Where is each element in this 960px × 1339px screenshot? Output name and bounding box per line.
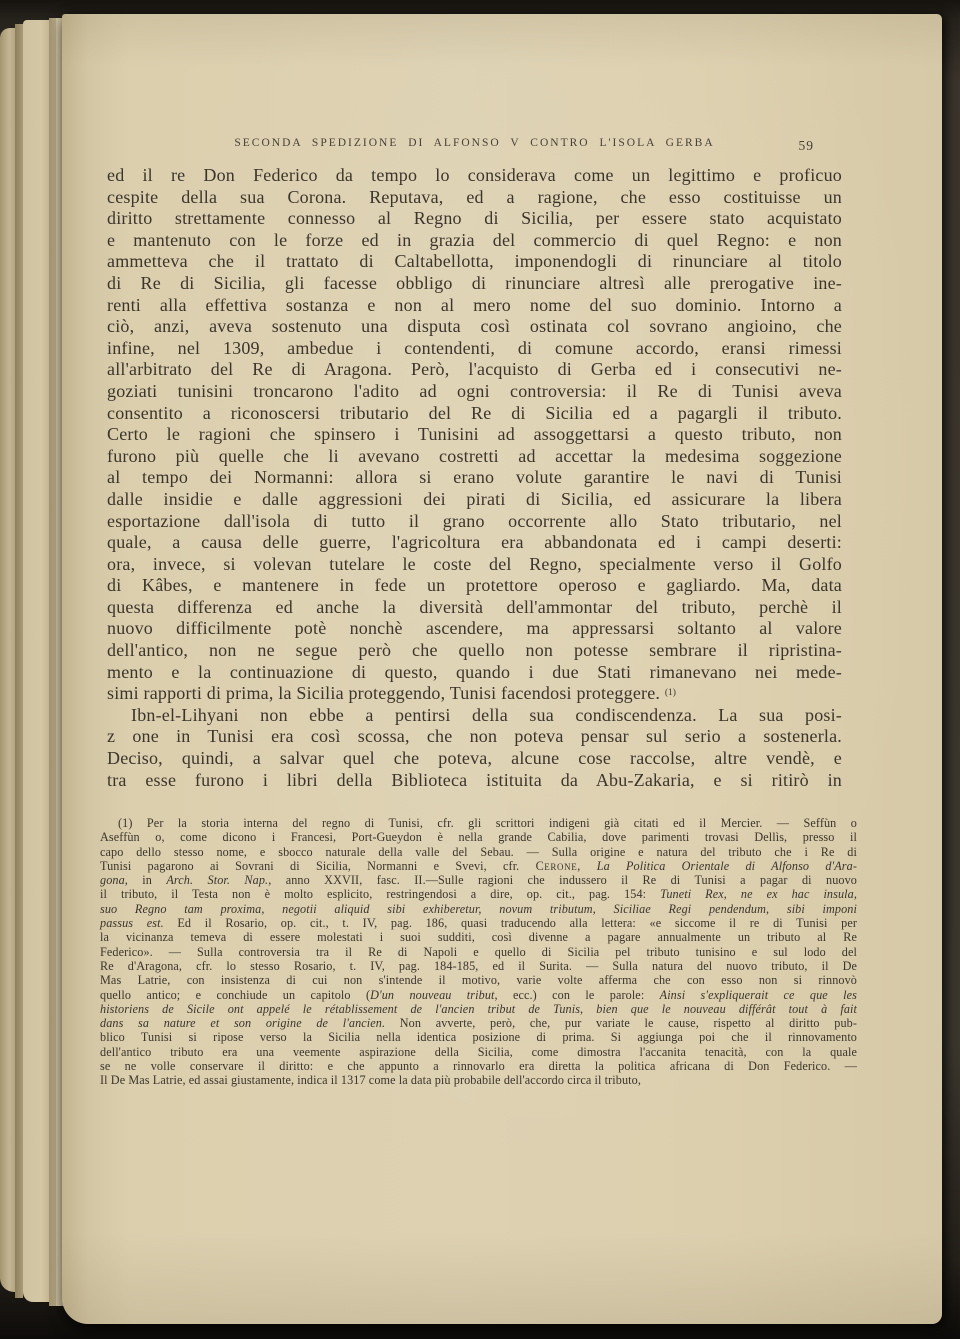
text-line: e mantenuto con le forze ed in grazia de… xyxy=(107,230,842,252)
text-line: nuovo difficilmente potè nonchè ascender… xyxy=(107,618,842,640)
text-segment: La Politica Orientale di Alfonso d'Ara- xyxy=(597,859,857,873)
text-line: suo Regno tam proxima, negotii aliquid s… xyxy=(100,902,857,916)
text-segment: (1) xyxy=(665,688,676,698)
text-line: dalle insidie e dalle aggressioni dei pi… xyxy=(107,489,842,511)
text-line: Tunisi pagarono ai Sovrani di Sicilia, N… xyxy=(100,859,857,873)
text-segment: Non avverte, però, che, pur variate le c… xyxy=(385,1016,857,1030)
text-segment: dell'antico tributo era una veemente asp… xyxy=(100,1045,857,1059)
text-segment: suo Regno tam proxima, negotii aliquid s… xyxy=(100,902,857,916)
text-segment: Il De Mas Latrie, ed assai giustamente, … xyxy=(100,1073,641,1087)
page-edge-groove xyxy=(15,24,23,1298)
text-line: quello antico; e conchiude un capitolo (… xyxy=(100,988,857,1002)
text-line: questa differenza ed anche la diversità … xyxy=(107,597,842,619)
text-line: consentito a riconoscersi tributario del… xyxy=(107,403,842,425)
text-segment: Ainsi s'expliquerait ce que les xyxy=(660,988,857,1002)
text-line: ed il re Don Federico da tempo lo consid… xyxy=(107,165,842,187)
text-line: se ne volle conservare il diritto: e che… xyxy=(100,1059,857,1073)
text-line: Deciso, quindi, a salvar quel che poteva… xyxy=(107,748,842,770)
text-segment: passus est. xyxy=(100,916,164,930)
text-line: historiens de Sicile ont appelé le rétab… xyxy=(100,1002,857,1016)
text-segment: quale, a causa delle guerre, l'agricoltu… xyxy=(107,532,842,552)
text-segment: capo dello stesso nome, e sbocco natural… xyxy=(100,845,857,859)
text-segment: di Re di Sicilia, gli facesse obbligo di… xyxy=(107,273,842,293)
text-line: infine, nel 1309, ambedue i contendenti,… xyxy=(107,338,842,360)
text-segment: Certo le ragioni che spinsero i Tunisini… xyxy=(107,424,842,444)
text-line: passus est. Ed il Rosario, op. cit., t. … xyxy=(100,916,857,930)
text-line: ora, invece, si volevan tutelare le cost… xyxy=(107,554,842,576)
text-segment: D'un nouveau tribut xyxy=(370,988,494,1002)
text-line: dell'antico, non ne segue però che quell… xyxy=(107,640,842,662)
text-segment: se ne volle conservare il diritto: e che… xyxy=(100,1059,857,1073)
text-line: renti alla effettiva sostanza e non al m… xyxy=(107,295,842,317)
text-line: diritto strettamente connesso al Regno d… xyxy=(107,208,842,230)
text-segment: Ed il Rosario, op. cit., t. IV, pag. 186… xyxy=(164,916,857,930)
text-segment: ora, invece, si volevan tutelare le cost… xyxy=(107,554,842,574)
text-line: Federico». — Sulla controversia tra il R… xyxy=(100,945,857,959)
text-line: dell'antico tributo era una veemente asp… xyxy=(100,1045,857,1059)
text-segment: Arch. Stor. Nap. xyxy=(166,873,268,887)
text-segment: ciò, anzi, aveva sostenuto una disputa c… xyxy=(107,316,842,336)
text-segment: in xyxy=(128,873,166,887)
text-segment: Re d'Aragona, cfr. lo stesso Rosario, t.… xyxy=(100,959,857,973)
footnote: (1) Per la storia interna del regno di T… xyxy=(100,816,857,1088)
text-segment: , anno XXVII, fasc. II.—Sulle ragioni ch… xyxy=(268,873,857,887)
page-edge-strip xyxy=(23,20,49,1302)
text-segment: mento e la continuazione di questo, quan… xyxy=(107,662,842,682)
text-segment: Tuneti Rex, ne ex hac insula, xyxy=(660,887,857,901)
text-segment: e mantenuto con le forze ed in grazia de… xyxy=(107,230,842,250)
text-segment: Deciso, quindi, a salvar quel che poteva… xyxy=(107,748,842,768)
text-segment: infine, nel 1309, ambedue i contendenti,… xyxy=(107,338,842,358)
text-line: Mas Latrie, con insistenza di cui non s'… xyxy=(100,973,857,987)
text-segment: renti alla effettiva sostanza e non al m… xyxy=(107,295,842,315)
text-line: furono più quelle che li avevano costret… xyxy=(107,446,842,468)
text-line: (1) Per la storia interna del regno di T… xyxy=(100,816,857,830)
text-segment: la vicinanza temeva di essere molestati … xyxy=(100,930,857,944)
text-segment: Mas Latrie, con insistenza di cui non s'… xyxy=(100,973,857,987)
text-line: dans sa nature et son origine de l'ancie… xyxy=(100,1016,857,1030)
text-line: ciò, anzi, aveva sostenuto una disputa c… xyxy=(107,316,842,338)
text-line: Il De Mas Latrie, ed assai giustamente, … xyxy=(100,1073,857,1087)
text-segment: nuovo difficilmente potè nonchè ascender… xyxy=(107,618,842,638)
text-segment: gona, xyxy=(100,873,128,887)
text-segment: questa differenza ed anche la diversità … xyxy=(107,597,842,617)
text-segment: al tempo dei Normanni: allora si erano v… xyxy=(107,467,842,487)
text-segment: tra esse furono i libri della Biblioteca… xyxy=(107,770,842,790)
text-segment: Federico». — Sulla controversia tra il R… xyxy=(100,945,857,959)
text-line: la vicinanza temeva di essere molestati … xyxy=(100,930,857,944)
text-segment: Tunisi pagarono ai Sovrani di Sicilia, N… xyxy=(100,859,536,873)
text-line: cespite della sua Corona. Reputava, ed a… xyxy=(107,187,842,209)
text-line: Re d'Aragona, cfr. lo stesso Rosario, t.… xyxy=(100,959,857,973)
page-number: 59 xyxy=(799,138,815,154)
text-segment: cespite della sua Corona. Reputava, ed a… xyxy=(107,187,842,207)
text-line: Aseffùn o, come dicono i Francesi, Port-… xyxy=(100,830,857,844)
text-segment: dell'antico, non ne segue però che quell… xyxy=(107,640,842,660)
text-line: z one in Tunisi era così scossa, che non… xyxy=(107,726,842,748)
running-header: SECONDA SPEDIZIONE DI ALFONSO V CONTRO L… xyxy=(107,137,842,149)
text-line: goziati tunisini troncarono l'adito ad o… xyxy=(107,381,842,403)
text-segment: dalle insidie e dalle aggressioni dei pi… xyxy=(107,489,842,509)
book-scan: SECONDA SPEDIZIONE DI ALFONSO V CONTRO L… xyxy=(0,0,960,1339)
text-line: mento e la continuazione di questo, quan… xyxy=(107,662,842,684)
text-segment: di Kâbes, e mantenere in fede un protett… xyxy=(107,575,842,595)
text-segment: dans sa nature et son origine de l'ancie… xyxy=(100,1016,385,1030)
text-segment: blico Tunisi si ripose verso la Sicilia … xyxy=(100,1030,857,1044)
header-title: SECONDA SPEDIZIONE DI ALFONSO V CONTRO L… xyxy=(234,137,714,149)
text-segment: (1) Per la storia interna del regno di T… xyxy=(118,816,857,830)
text-line: all'arbitrato del Re di Aragona. Però, l… xyxy=(107,359,842,381)
text-line: al tempo dei Normanni: allora si erano v… xyxy=(107,467,842,489)
text-segment: , ecc.) con le parole: xyxy=(495,988,660,1002)
text-segment: ammetteva che il trattato di Caltabellot… xyxy=(107,251,842,271)
text-segment: Ibn-el-Lihyani non ebbe a pentirsi della… xyxy=(131,705,842,725)
text-line: di Re di Sicilia, gli facesse obbligo di… xyxy=(107,273,842,295)
main-text: ed il re Don Federico da tempo lo consid… xyxy=(107,165,842,791)
text-line: Ibn-el-Lihyani non ebbe a pentirsi della… xyxy=(107,705,842,727)
text-line: quale, a causa delle guerre, l'agricoltu… xyxy=(107,532,842,554)
page-edge-groove xyxy=(49,18,56,1306)
text-line: di Kâbes, e mantenere in fede un protett… xyxy=(107,575,842,597)
book-page: SECONDA SPEDIZIONE DI ALFONSO V CONTRO L… xyxy=(62,14,942,1324)
text-line: tra esse furono i libri della Biblioteca… xyxy=(107,770,842,792)
text-line: blico Tunisi si ripose verso la Sicilia … xyxy=(100,1030,857,1044)
text-line: simi rapporti di prima, la Sicilia prote… xyxy=(107,683,842,705)
text-segment: il tributo, il Testa non è molto esplici… xyxy=(100,887,660,901)
text-line: Certo le ragioni che spinsero i Tunisini… xyxy=(107,424,842,446)
text-segment: historiens de Sicile ont appelé le rétab… xyxy=(100,1002,857,1016)
text-line: esportazione dall'isola di tutto il gran… xyxy=(107,511,842,533)
text-line: ammetteva che il trattato di Caltabellot… xyxy=(107,251,842,273)
text-segment: all'arbitrato del Re di Aragona. Però, l… xyxy=(107,359,842,379)
text-segment: esportazione dall'isola di tutto il gran… xyxy=(107,511,842,531)
text-line: gona, in Arch. Stor. Nap., anno XXVII, f… xyxy=(100,873,857,887)
text-segment: quello antico; e conchiude un capitolo ( xyxy=(100,988,370,1002)
text-segment: Cerone xyxy=(536,859,578,873)
text-line: il tributo, il Testa non è molto esplici… xyxy=(100,887,857,901)
text-segment: z one in Tunisi era così scossa, che non… xyxy=(107,726,842,746)
text-segment: , xyxy=(577,859,596,873)
book-page-edges xyxy=(0,18,64,1306)
text-segment: Aseffùn o, come dicono i Francesi, Port-… xyxy=(100,830,857,844)
text-segment: simi rapporti di prima, la Sicilia prote… xyxy=(107,683,665,703)
page-edge-strip xyxy=(0,28,15,1292)
text-segment: furono più quelle che li avevano costret… xyxy=(107,446,842,466)
text-line: capo dello stesso nome, e sbocco natural… xyxy=(100,845,857,859)
text-segment: diritto strettamente connesso al Regno d… xyxy=(107,208,842,228)
text-segment: consentito a riconoscersi tributario del… xyxy=(107,403,842,423)
text-segment: ed il re Don Federico da tempo lo consid… xyxy=(107,165,842,185)
text-segment: goziati tunisini troncarono l'adito ad o… xyxy=(107,381,842,401)
